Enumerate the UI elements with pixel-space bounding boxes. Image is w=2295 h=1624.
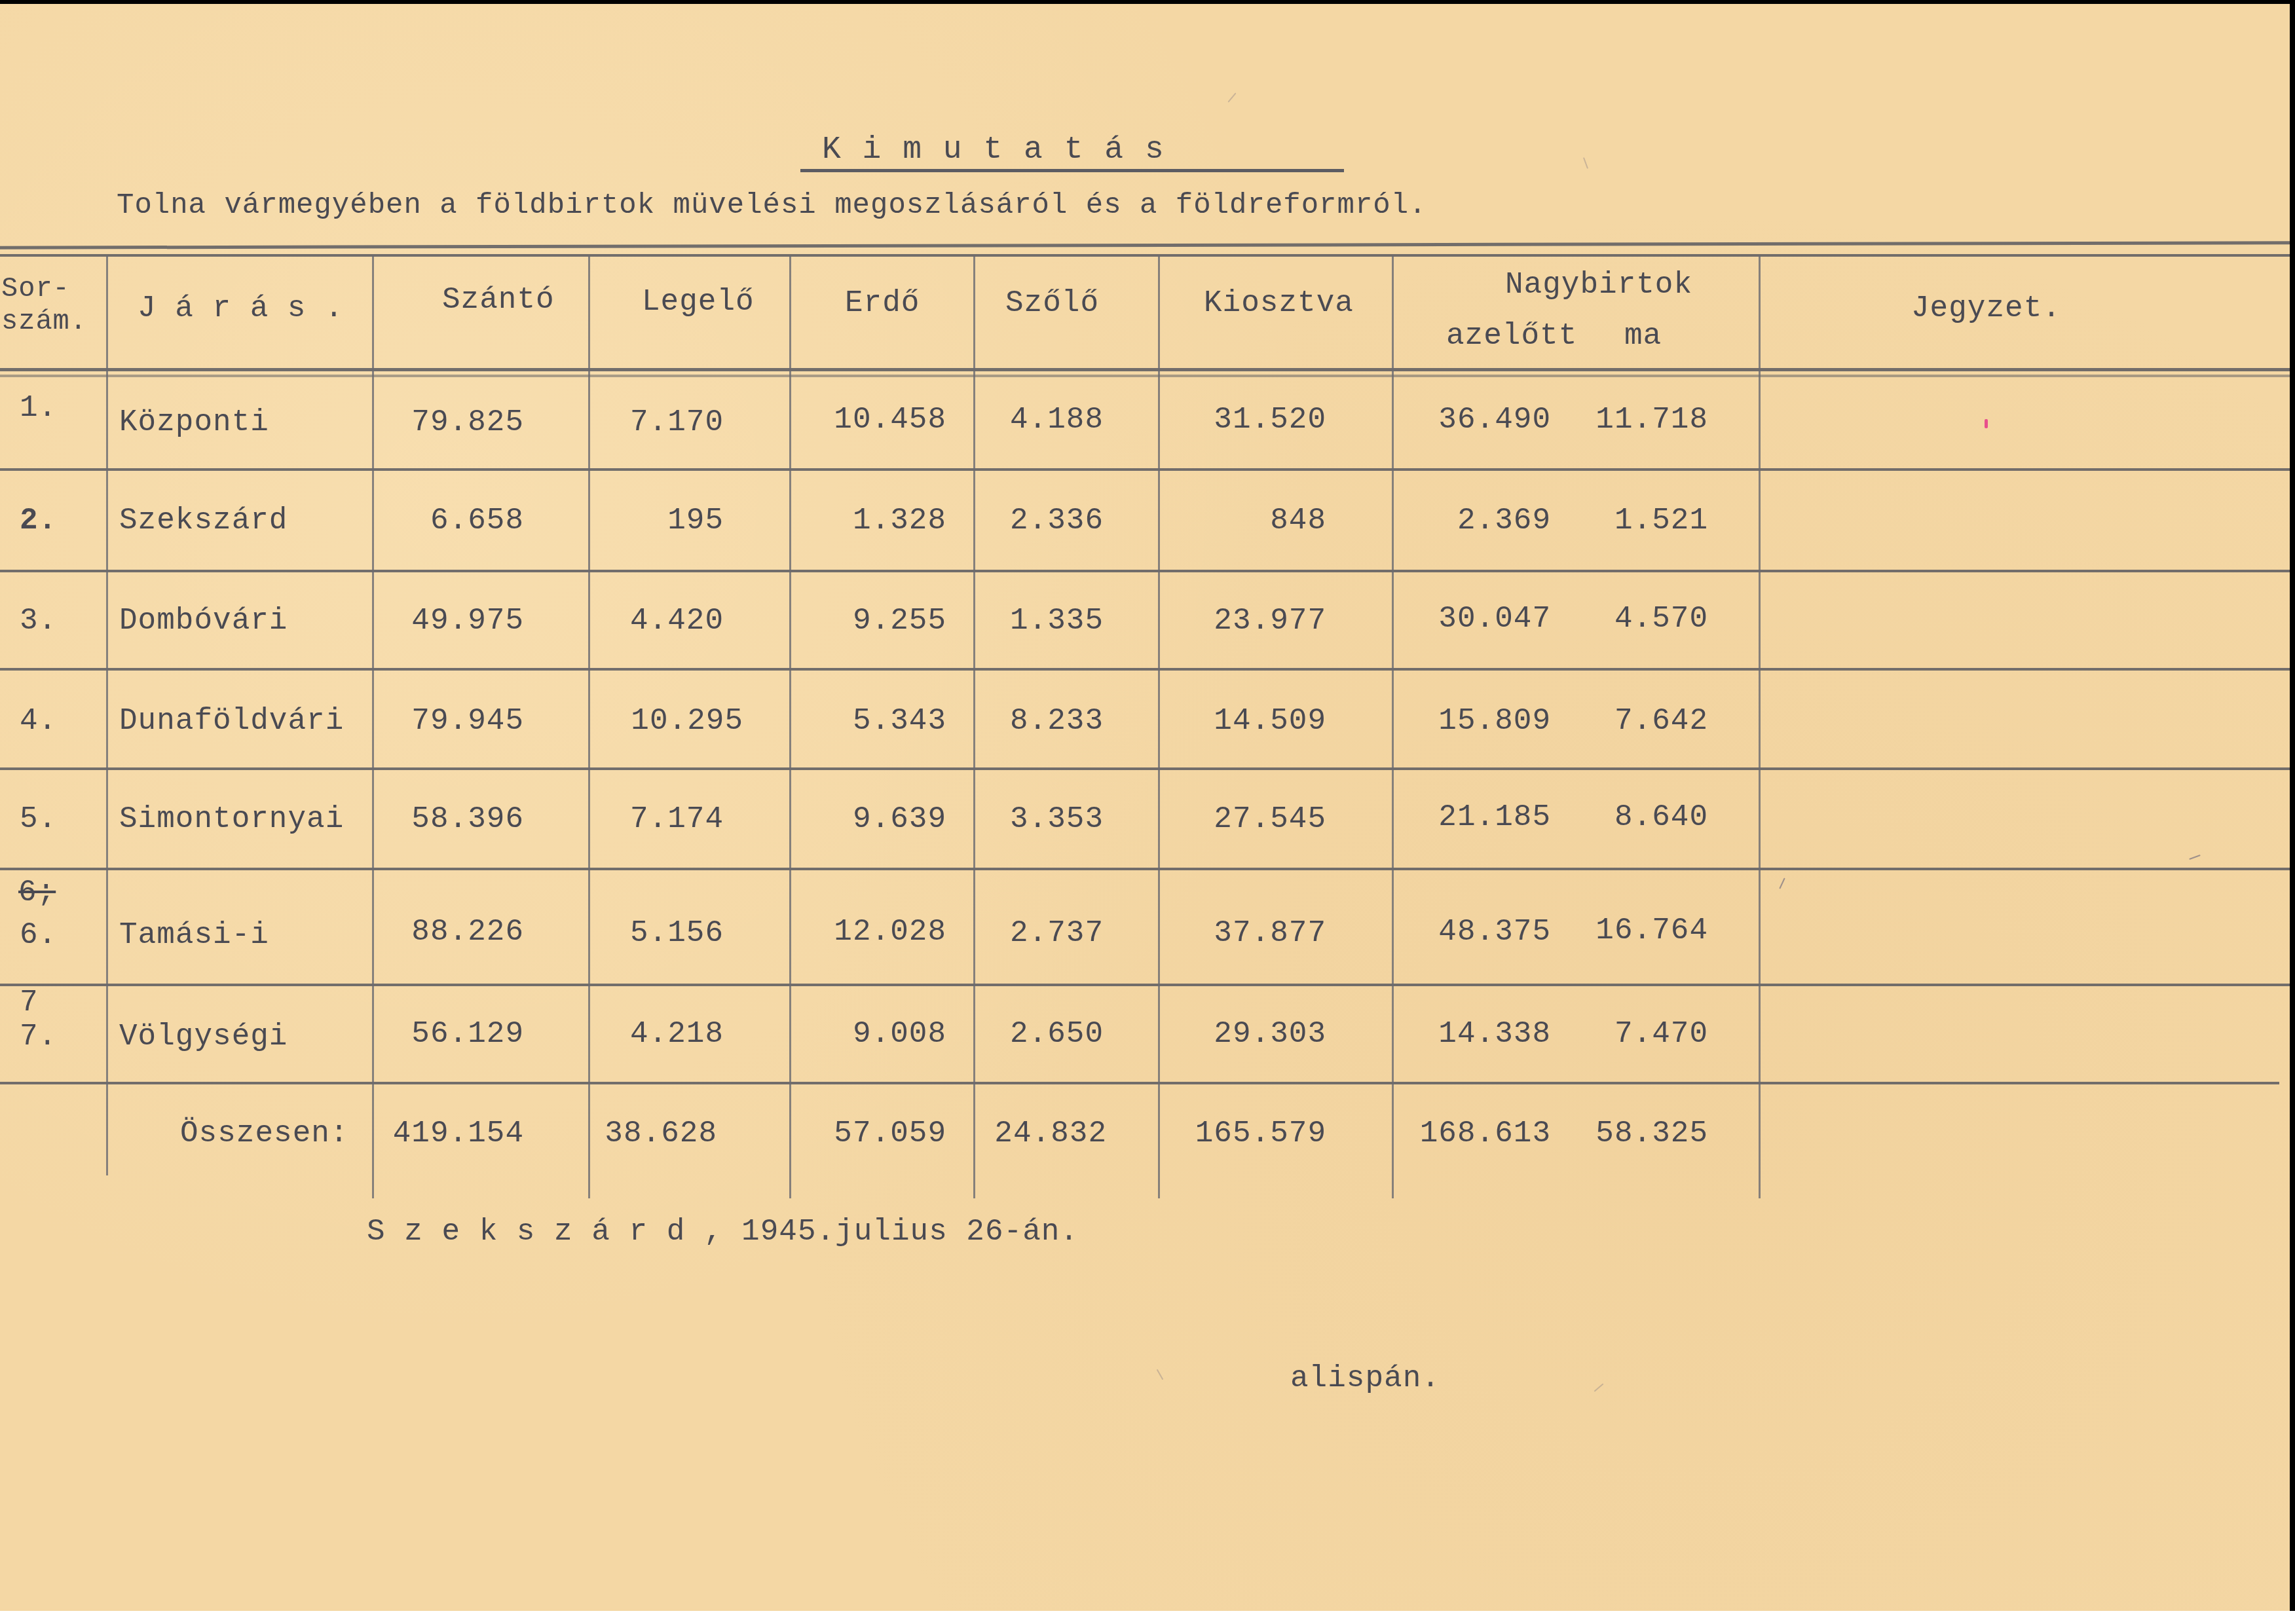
header-sorszam-line1: Sor-	[1, 275, 70, 303]
row-4-szolo: 8.233	[969, 706, 1104, 736]
row-rule-7	[0, 1082, 2279, 1084]
row-3-jaras: Dombóvári	[119, 606, 288, 636]
pink-fiber	[1985, 419, 1988, 428]
totals-azelott: 168.613	[1389, 1118, 1551, 1149]
row-1-number: 1.	[20, 393, 57, 423]
row-3-azelott: 30.047	[1389, 604, 1551, 634]
header-kiosztva: Kiosztva	[1204, 288, 1354, 318]
row-1-erdo: 10.458	[786, 405, 946, 435]
row-rule-1	[0, 468, 2290, 471]
row-5-legelo: 7.174	[570, 804, 724, 834]
row-6-erdo: 12.028	[786, 917, 946, 947]
row-6-jaras: Tamási-i	[119, 920, 269, 950]
row-7-szanto: 56.129	[367, 1019, 524, 1049]
header-nagybirtok: Nagybirtok	[1505, 270, 1692, 300]
row-4-number: 4.	[20, 706, 57, 736]
document-title: K i m u t a t á s	[822, 134, 1165, 166]
row-4-azelott: 15.809	[1389, 706, 1551, 736]
header-sorszam-line2: szám.	[1, 308, 87, 335]
row-7-jaras: Völgységi	[119, 1022, 288, 1052]
scan-margin	[0, 1611, 2295, 1624]
totals-erdo: 57.059	[786, 1118, 946, 1149]
row-3-kiosztva: 23.977	[1153, 606, 1326, 636]
row-1-kiosztva: 31.520	[1153, 405, 1326, 435]
col-rule-nagybirtok	[1759, 255, 1761, 1198]
row-rule-3	[0, 668, 2290, 671]
row-5-ma: 8.640	[1552, 802, 1708, 832]
row-1-ma: 11.718	[1552, 405, 1708, 435]
row-rule-5	[0, 868, 2290, 870]
row-1-jaras: Központi	[119, 407, 269, 437]
header-szanto: Szántó	[442, 285, 555, 315]
row-6-number: 6.	[20, 920, 57, 950]
totals-ma: 58.325	[1552, 1118, 1708, 1149]
row-1-azelott: 36.490	[1389, 405, 1551, 435]
row-2-azelott: 2.369	[1389, 506, 1551, 536]
row-6-azelott: 48.375	[1389, 917, 1551, 947]
header-jaras: J á r á s .	[138, 293, 344, 323]
row-7-szolo: 2.650	[969, 1019, 1104, 1049]
row-4-szanto: 79.945	[367, 706, 524, 736]
row-6-szolo: 2.737	[969, 918, 1104, 948]
row-5-jaras: Simontornyai	[119, 804, 344, 834]
row-5-szolo: 3.353	[969, 804, 1104, 834]
row-7-ma: 7.470	[1552, 1019, 1708, 1049]
row-rule-2	[0, 570, 2290, 572]
row-4-ma: 7.642	[1552, 706, 1708, 736]
totals-szolo: 24.832	[969, 1118, 1107, 1149]
row-4-legelo: 10.295	[570, 706, 743, 736]
row-2-legelo: 195	[570, 506, 724, 536]
row-3-legelo: 4.420	[570, 606, 724, 636]
header-bottom-rule-2	[0, 375, 2290, 377]
row-7-legelo: 4.218	[570, 1019, 724, 1049]
place-date: S z e k s z á r d , 1945.julius 26-án.	[367, 1217, 1079, 1247]
row-3-szolo: 1.335	[969, 606, 1104, 636]
row-2-szolo: 2.336	[969, 506, 1104, 536]
row-6-kiosztva: 37.877	[1153, 918, 1326, 948]
row-4-erdo: 5.343	[786, 706, 946, 736]
col-rule-sorszam	[106, 255, 108, 1175]
table-top-rule-inner	[0, 254, 2290, 257]
header-legelo: Legelő	[642, 287, 755, 317]
signature-title: alispán.	[1290, 1363, 1440, 1393]
title-underline	[800, 169, 1344, 172]
header-ma: ma	[1624, 321, 1662, 351]
row-4-kiosztva: 14.509	[1153, 706, 1326, 736]
row-3-szanto: 49.975	[367, 606, 524, 636]
row-rule-4	[0, 767, 2290, 770]
totals-kiosztva: 165.579	[1153, 1118, 1326, 1149]
row-5-azelott: 21.185	[1389, 802, 1551, 832]
row-3-erdo: 9.255	[786, 606, 946, 636]
row-7-number: 7.	[20, 1022, 57, 1052]
header-bottom-rule	[0, 368, 2290, 371]
row-5-kiosztva: 27.545	[1153, 804, 1326, 834]
totals-label: Összesen:	[180, 1118, 348, 1149]
header-erdo: Erdő	[845, 288, 920, 318]
header-szolo: Szőlő	[1005, 288, 1099, 318]
row-7-azelott: 14.338	[1389, 1019, 1551, 1049]
row-1-szanto: 79.825	[367, 407, 524, 437]
row-4-jaras: Dunaföldvári	[119, 706, 344, 736]
row-1-szolo: 4.188	[969, 405, 1104, 435]
row-2-kiosztva: 848	[1153, 506, 1326, 536]
row-2-jaras: Szekszárd	[119, 506, 288, 536]
row-6-ma: 16.764	[1552, 915, 1708, 946]
header-azelott: azelőtt	[1446, 321, 1577, 351]
row-rule-6	[0, 984, 2290, 986]
row-2-szanto: 6.658	[367, 506, 524, 536]
row-5-number: 5.	[20, 804, 57, 834]
row-6-legelo: 5.156	[570, 918, 724, 948]
row-5-erdo: 9.639	[786, 804, 946, 834]
row-2-ma: 1.521	[1552, 506, 1708, 536]
totals-legelo: 38.628	[563, 1118, 717, 1149]
row-5-szanto: 58.396	[367, 804, 524, 834]
row-7-number-overtype: 7	[20, 987, 39, 1018]
row-3-number: 3.	[20, 606, 57, 636]
row-6-szanto: 88.226	[367, 917, 524, 947]
row-6-number-overtype: 6;	[18, 877, 56, 908]
row-7-kiosztva: 29.303	[1153, 1019, 1326, 1049]
document-subtitle: Tolna vármegyében a földbirtok müvelési …	[117, 191, 1427, 220]
row-2-number: 2.	[20, 506, 57, 536]
row-2-erdo: 1.328	[786, 506, 946, 536]
totals-szanto: 419.154	[367, 1118, 524, 1149]
row-7-erdo: 9.008	[786, 1019, 946, 1049]
row-1-legelo: 7.170	[570, 407, 724, 437]
header-jegyzet: Jegyzet.	[1911, 293, 2061, 323]
row-3-ma: 4.570	[1552, 604, 1708, 634]
